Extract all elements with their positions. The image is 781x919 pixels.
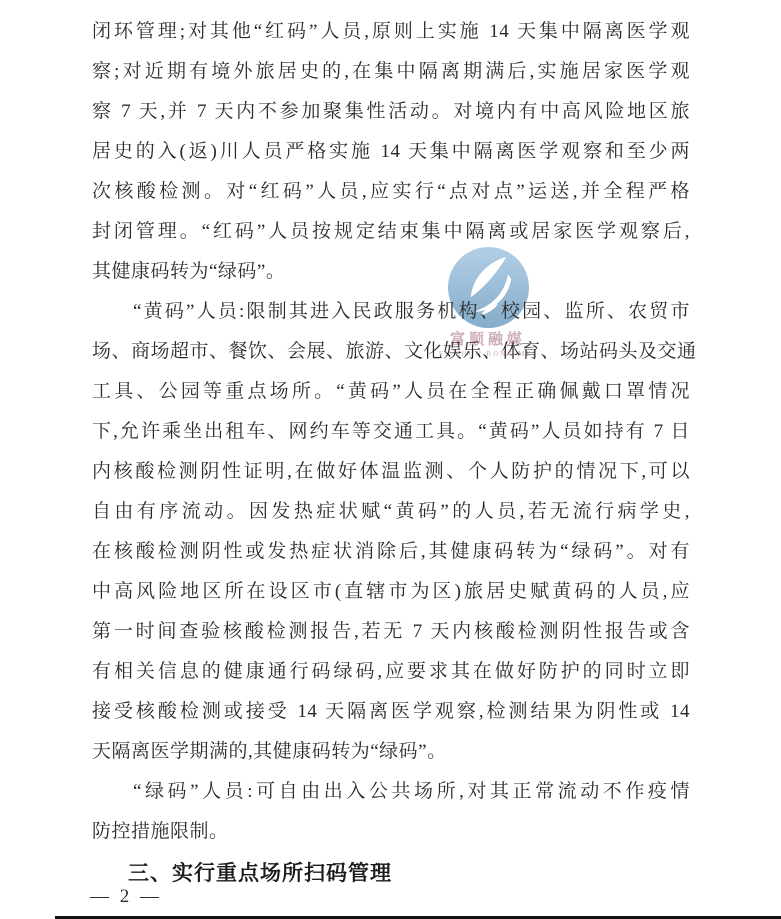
paragraph-3-line-1: “绿码”人员:可自由出入公共场所,对其正常流动不作疫情 xyxy=(92,772,690,812)
document-page: 富顺融媒 FU SHUN RONG MEI 闭环管理;对其他“红码”人员,原则上… xyxy=(0,0,781,919)
section-heading: 三、实行重点场所扫码管理 xyxy=(92,854,690,894)
paragraph-3-line-2: 防控措施限制。 xyxy=(92,812,690,852)
paragraph-2-line-10: 有相关信息的健康通行码绿码,应要求其在做好防护的同时立即 xyxy=(92,652,690,692)
paragraph-2-line-3: 工具、公园等重点场所。“黄码”人员在全程正确佩戴口罩情况 xyxy=(92,372,690,412)
paragraph-2-line-4: 下,允许乘坐出租车、网约车等交通工具。“黄码”人员如持有 7 日 xyxy=(92,412,690,452)
paragraph-2-line-5: 内核酸检测阴性证明,在做好体温监测、个人防护的情况下,可以 xyxy=(92,452,690,492)
paragraph-1-line-5: 次核酸检测。对“红码”人员,应实行“点对点”运送,并全程严格 xyxy=(92,172,690,212)
paragraph-2-line-8: 中高风险地区所在设区市(直辖市为区)旅居史赋黄码的人员,应 xyxy=(92,572,690,612)
paragraph-1-line-2: 察;对近期有境外旅居史的,在集中隔离期满后,实施居家医学观 xyxy=(92,52,690,92)
page-number: — 2 — xyxy=(90,886,162,908)
paragraph-1-line-7: 其健康码转为“绿码”。 xyxy=(92,252,690,292)
paragraph-2-line-11: 接受核酸检测或接受 14 天隔离医学观察,检测结果为阴性或 14 xyxy=(92,692,690,732)
paragraph-1-line-4: 居史的入(返)川人员严格实施 14 天集中隔离医学观察和至少两 xyxy=(92,132,690,172)
paragraph-2-line-2: 场、商场超市、餐饮、会展、旅游、文化娱乐、体育、场站码头及交通 xyxy=(92,332,690,372)
paragraph-2-line-7: 在核酸检测阴性或发热症状消除后,其健康码转为“绿码”。对有 xyxy=(92,532,690,572)
paragraph-2-line-1: “黄码”人员:限制其进入民政服务机构、校园、监所、农贸市 xyxy=(92,292,690,332)
paragraph-2-line-6: 自由有序流动。因发热症状赋“黄码”的人员,若无流行病学史, xyxy=(92,492,690,532)
paragraph-1-line-3: 察 7 天,并 7 天内不参加聚集性活动。对境内有中高风险地区旅 xyxy=(92,92,690,132)
paragraph-1-line-6: 封闭管理。“红码”人员按规定结束集中隔离或居家医学观察后, xyxy=(92,212,690,252)
paragraph-2-line-9: 第一时间查验核酸检测报告,若无 7 天内核酸检测阴性报告或含 xyxy=(92,612,690,652)
document-body: 闭环管理;对其他“红码”人员,原则上实施 14 天集中隔离医学观察;对近期有境外… xyxy=(92,12,690,852)
paragraph-1-line-1: 闭环管理;对其他“红码”人员,原则上实施 14 天集中隔离医学观 xyxy=(92,12,690,52)
paragraph-2-line-12: 天隔离医学期满的,其健康码转为“绿码”。 xyxy=(92,732,690,772)
